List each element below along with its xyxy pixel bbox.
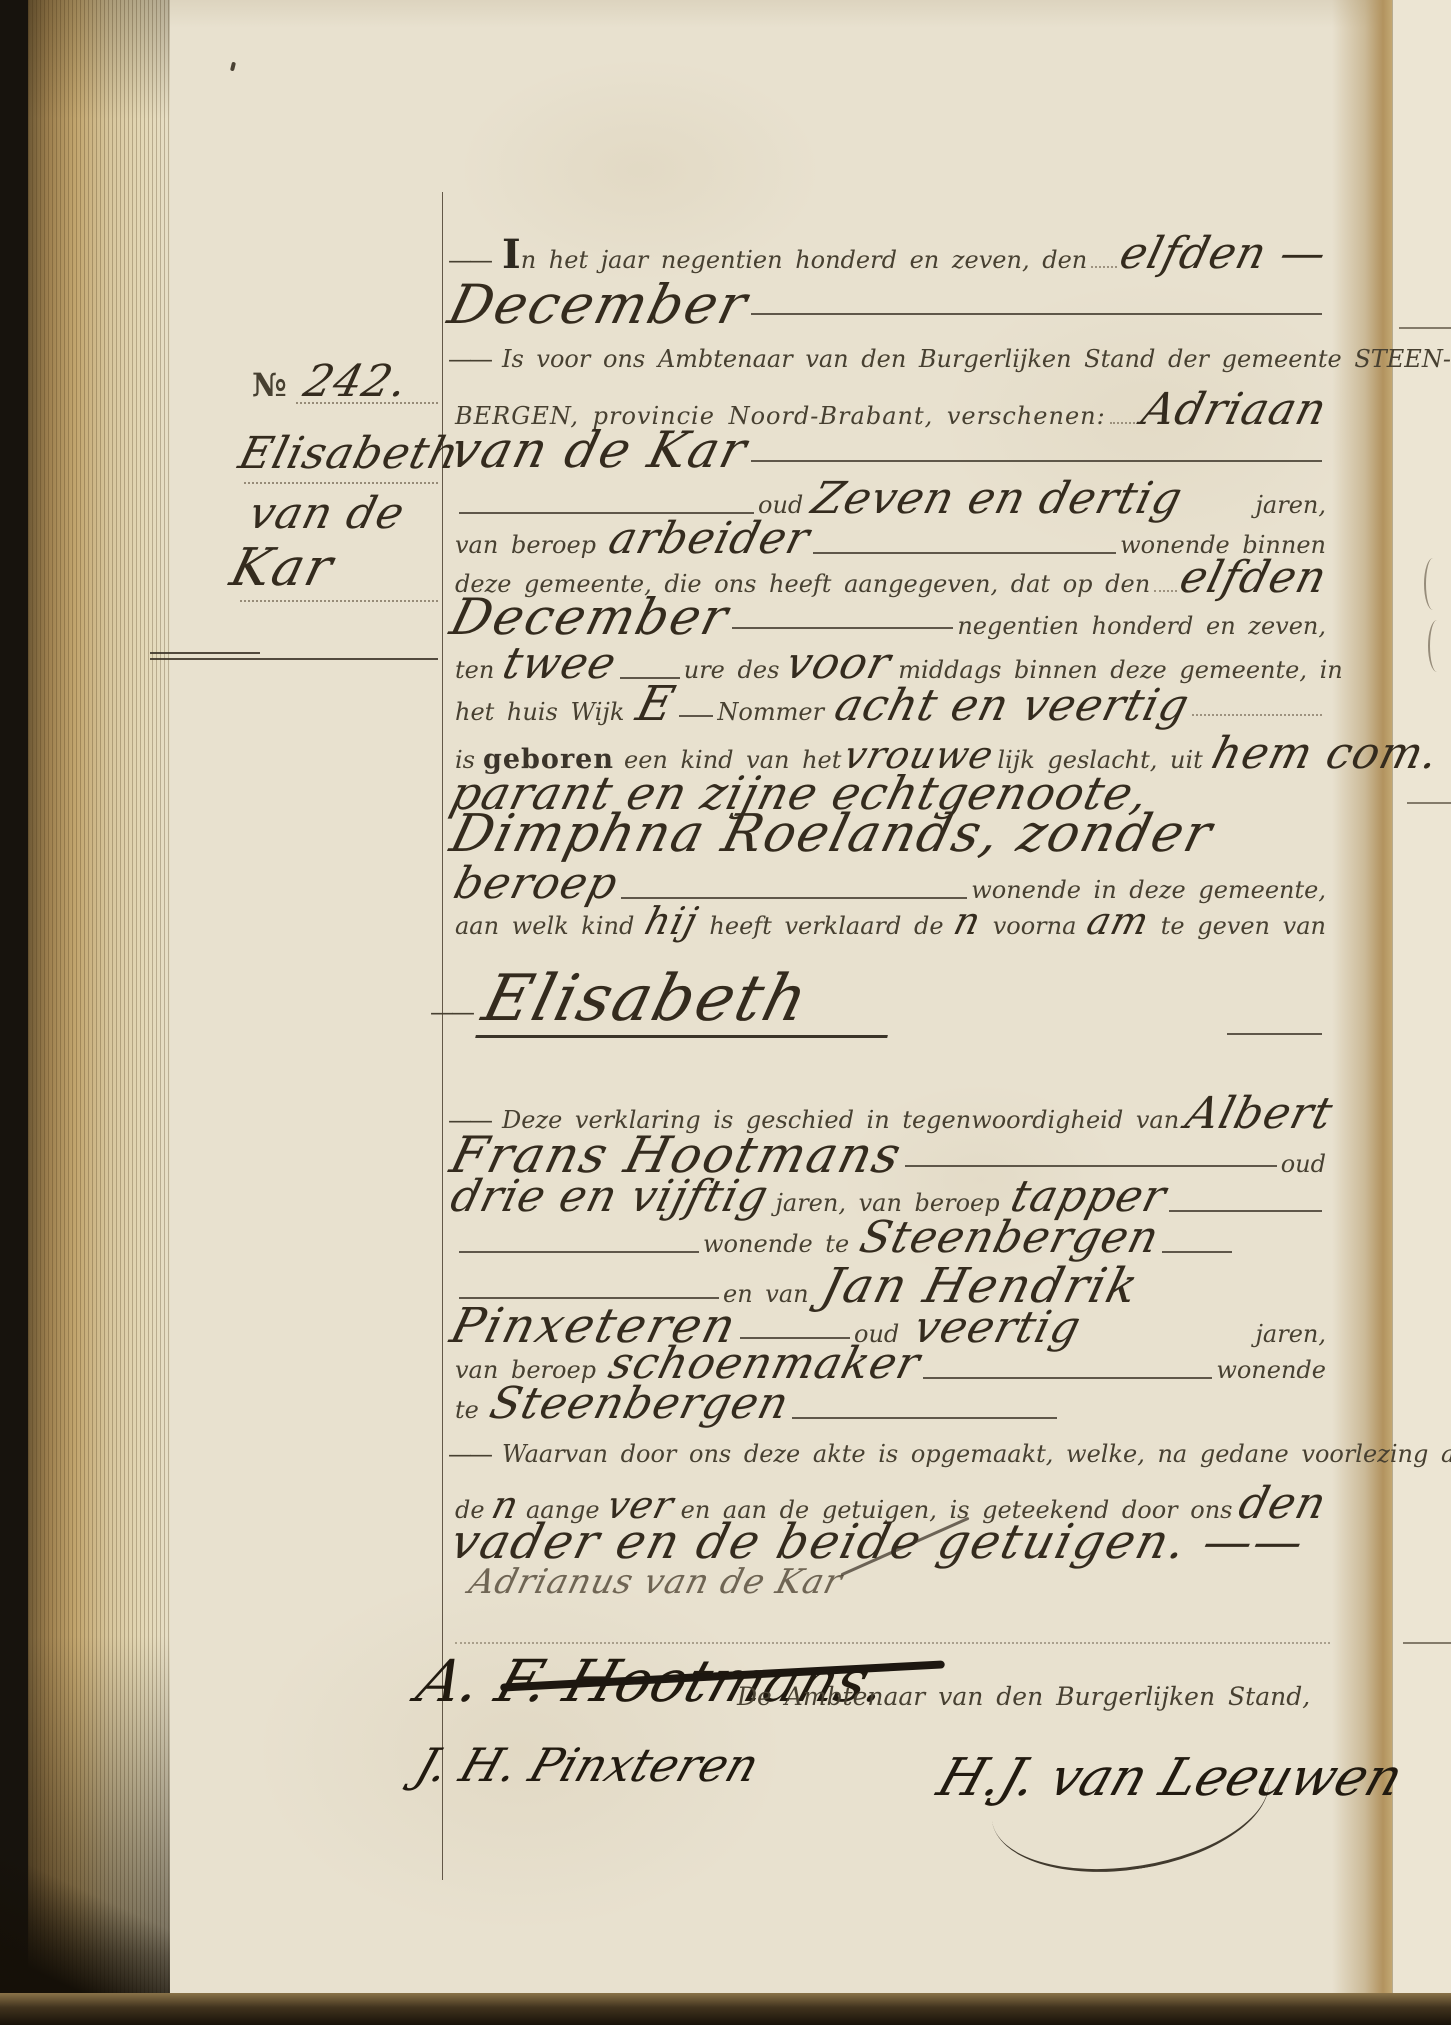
printed-text: van beroep <box>455 531 596 559</box>
margin-dotted-line <box>296 402 438 404</box>
handwritten-witness1-place: Steenbergen <box>856 1216 1164 1260</box>
fill-line <box>679 715 713 717</box>
handwritten-witness2-place: Steenbergen <box>485 1382 793 1426</box>
fill-line <box>1227 1033 1322 1035</box>
ink-speck <box>230 62 236 72</box>
handwritten-entry: am <box>1083 902 1153 940</box>
child-name-margin: van de <box>250 492 404 536</box>
witness-line-residence1: wonende te Steenbergen <box>455 1216 1326 1262</box>
handwritten-age: Zeven en dertig <box>808 477 1187 521</box>
witness2-signature-text: J. H. Pinxteren <box>411 1742 765 1788</box>
printed-text: jaren, <box>1255 491 1326 519</box>
next-page-rule <box>1399 327 1451 329</box>
act-line-declarant-name: van de Kar <box>452 425 1326 471</box>
handwritten-entry: hij <box>641 902 702 940</box>
fill-line <box>813 552 1116 554</box>
handwritten-child-name: Elisabeth <box>475 967 905 1038</box>
margin-dotted-line <box>244 482 438 484</box>
printed-text: Is voor ons Ambtenaar van den Burgerlijk… <box>502 345 1451 373</box>
handwritten-witness1-age: drie en vijftig <box>447 1175 773 1219</box>
form-dash: —— <box>430 998 472 1026</box>
printed-text: Nommer <box>717 698 824 726</box>
handwritten-month: December <box>443 278 753 332</box>
fill-line <box>751 313 1322 315</box>
page-edge-stack <box>28 0 170 1995</box>
fill-line <box>732 627 953 629</box>
printed-text: aan welk kind <box>455 912 634 940</box>
handwritten-entry: Kar <box>226 542 340 594</box>
fill-line <box>792 1417 1057 1419</box>
handwritten-entry: Elisabeth <box>235 432 464 476</box>
next-page-sliver <box>1392 0 1451 1995</box>
book-spine-shadow <box>0 0 30 2025</box>
official-title-text: De Ambtenaar van den Burgerlijken Stand, <box>737 1682 1310 1711</box>
witness-line-name1: Frans Hootmans oud <box>452 1130 1326 1176</box>
fill-line <box>751 460 1322 462</box>
form-dash: —— <box>448 345 490 373</box>
handwritten-house-number: acht en veertig <box>831 684 1194 728</box>
form-dash: —— <box>448 246 490 274</box>
handwritten-month: December <box>446 592 735 642</box>
witness2-signature: J. H. Pinxteren <box>418 1742 978 1812</box>
handwritten-mother-name: Dimphna Roelands, zonder <box>446 808 1219 860</box>
handwritten-day: elfden — <box>1116 232 1332 276</box>
father-signature: Adrianus van de Kar <box>466 1565 846 1599</box>
act-line-month2: December negentien honderd en zeven, <box>452 592 1326 638</box>
act-line-month: December <box>450 278 1326 324</box>
child-name-margin: Elisabeth <box>240 432 458 476</box>
printed-text: oud <box>1281 1150 1326 1178</box>
father-signature-line: Adrianus van de Kar <box>470 1565 1170 1611</box>
handwritten-entry: van de <box>245 492 410 536</box>
number-sign: № <box>252 366 287 404</box>
act-number-value: 242. <box>299 360 412 404</box>
printed-text: te geven van <box>1161 912 1326 940</box>
printed-text: negentien honderd en zeven, <box>957 612 1326 640</box>
handwritten-declarant-surname: van de Kar <box>446 425 753 475</box>
page-gutter <box>1332 0 1392 1995</box>
printed-text: n het jaar negentien honderd en zeven, d… <box>521 246 1088 274</box>
act-line-house: het huis Wijk E Nommer acht en veertig <box>455 680 1326 726</box>
act-line-year: —— In het jaar negentien honderd en zeve… <box>448 232 1326 278</box>
closing-line3: vader en de beide getuigen. —— <box>452 1518 1326 1564</box>
dotted-fill-line <box>1192 714 1322 716</box>
printed-text: te <box>455 1396 479 1424</box>
fill-line <box>1169 1210 1322 1212</box>
act-line-child-name: —— Elisabeth <box>430 958 1326 1044</box>
handwritten-entry: beroep <box>450 862 623 906</box>
act-number: № 242. <box>252 360 407 404</box>
margin-separator-line <box>150 652 260 654</box>
page-curl-mark <box>1428 620 1446 672</box>
printed-text: wonende <box>1216 1356 1326 1384</box>
fill-line <box>905 1165 1277 1167</box>
printed-text: Waarvan door ons deze akte is opgemaakt,… <box>502 1440 1451 1468</box>
handwritten-district: E <box>632 680 681 728</box>
witness-line-residence2: te Steenbergen <box>455 1382 1326 1428</box>
next-page-rule <box>1407 802 1451 804</box>
margin-separator-line <box>150 658 438 660</box>
act-line-mother: Dimphna Roelands, zonder <box>452 808 1326 854</box>
closing-line1: —— Waarvan door ons deze akte is opgemaa… <box>448 1440 1326 1486</box>
printed-text: het huis Wijk <box>455 698 624 726</box>
printed-text: heeft verklaard de <box>709 912 943 940</box>
dotted-fill-line <box>1091 266 1117 268</box>
act-line-given-name: aan welk kind hij heeft verklaard de n v… <box>455 902 1326 948</box>
handwritten-occupation: arbeider <box>605 517 815 561</box>
signature-dotted-line <box>455 1642 1330 1644</box>
page-curl-mark <box>1424 558 1442 610</box>
next-page-rule <box>1403 1642 1451 1644</box>
official-title: De Ambtenaar van den Burgerlijken Stand, <box>737 1682 1297 1728</box>
scanned-register-page: № 242. Elisabeth van de Kar —— In het ja… <box>0 0 1451 2025</box>
form-dash: —— <box>448 1440 490 1468</box>
child-name-margin: Kar <box>232 542 333 594</box>
printed-text: voorna <box>993 912 1077 940</box>
fill-line <box>459 1251 699 1253</box>
printed-text: wonende te <box>703 1230 849 1258</box>
handwritten-entry: n <box>951 902 986 940</box>
dotted-fill-line <box>1110 422 1139 424</box>
fill-line <box>1162 1251 1232 1253</box>
fill-line <box>923 1377 1212 1379</box>
margin-dotted-line <box>240 600 438 602</box>
book-bottom-edge <box>0 1993 1451 2025</box>
